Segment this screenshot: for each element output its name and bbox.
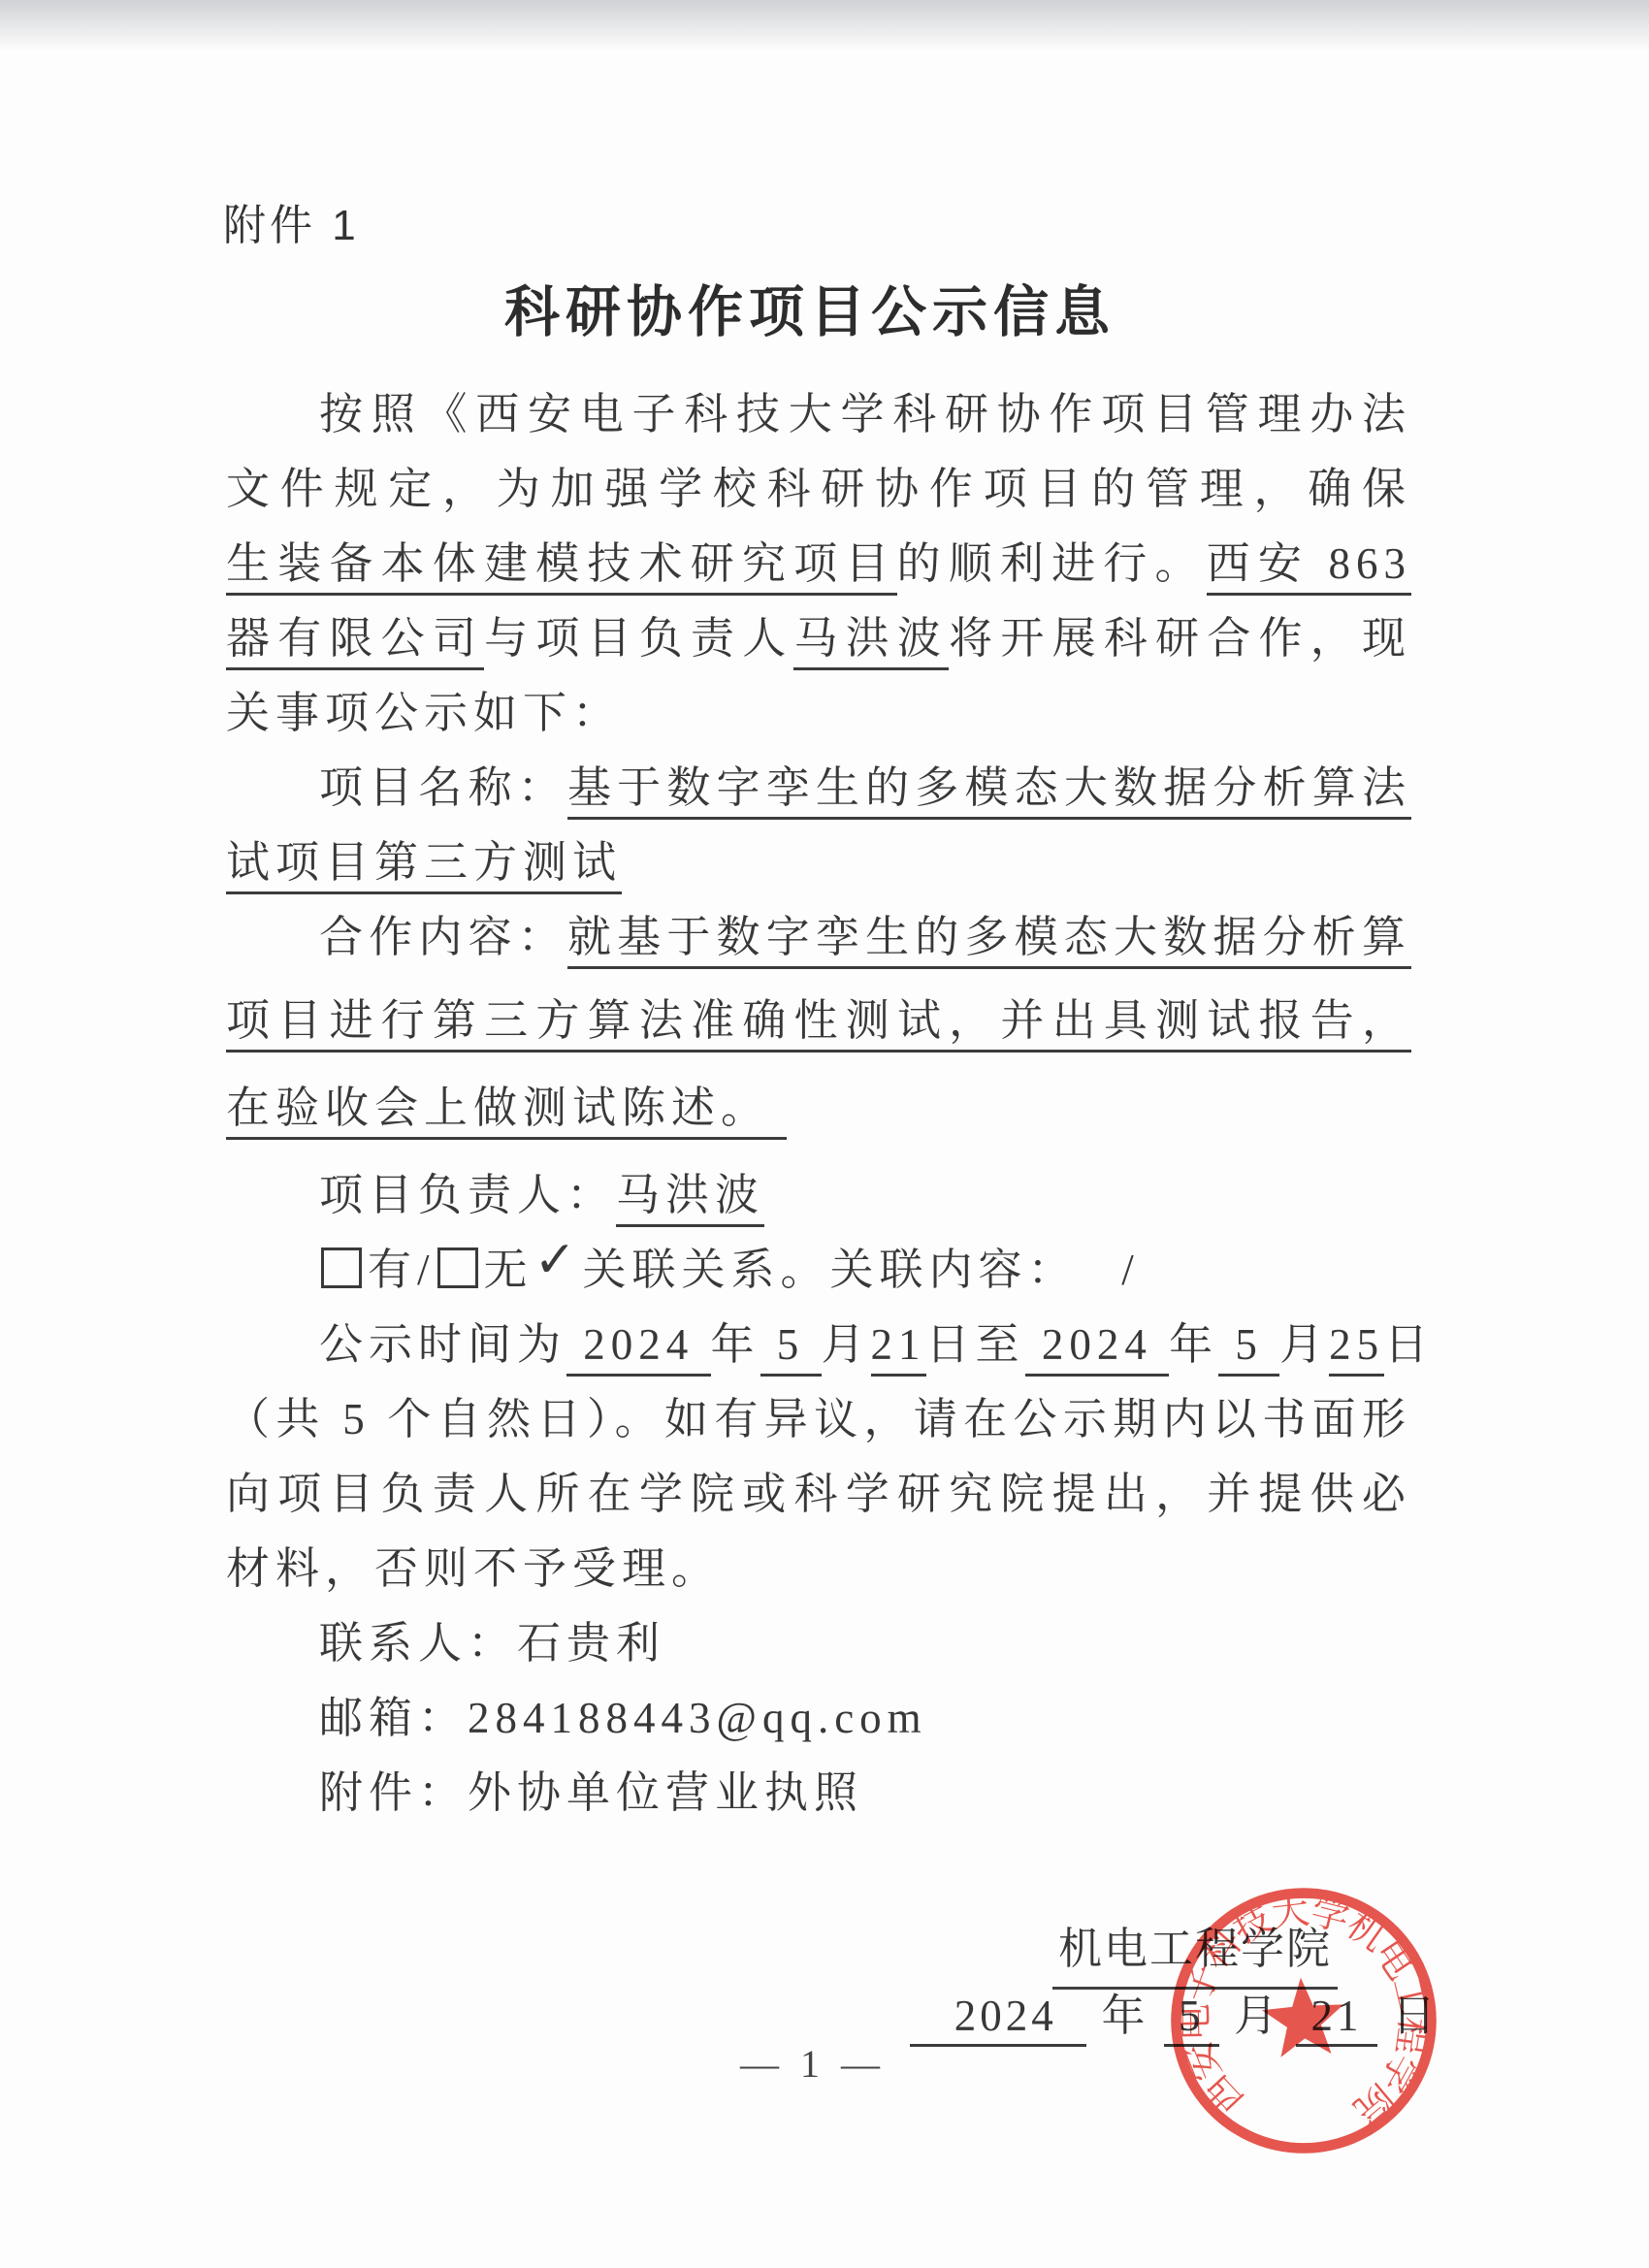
check-mark: ✓ — [441, 1235, 577, 1285]
text-segment: 在验收会上做测试陈述。 — [226, 1084, 787, 1140]
body-line: 试项目第三方测试 — [226, 826, 1411, 900]
body-line: 附件：外协单位营业执照 — [226, 1756, 1411, 1831]
text-segment: 25 — [1329, 1320, 1384, 1377]
text-segment: 年 — [1169, 1320, 1218, 1369]
official-seal-stamp: 西安电子科技大学机电工程学院 — [1149, 1866, 1459, 2176]
body-line: 在验收会上做测试陈述。 — [226, 1071, 1411, 1146]
text-segment: （共 5 个自然日）。如有异议，请在公示期内以书面形式实名 — [226, 1395, 1411, 1457]
body-line: 项目负责人：马洪波 — [226, 1158, 1411, 1233]
scan-edge-shadow — [0, 0, 1649, 60]
seal-star-icon — [1260, 1975, 1347, 2058]
document-body: 按照《西安电子科技大学科研协作项目管理办法（试行）》文件规定，为加强学校科研协作… — [226, 377, 1411, 1831]
text-segment: 的顺利进行。 — [897, 539, 1207, 588]
body-line: 项目进行第三方算法准确性测试，并出具测试报告，必要时会 — [226, 984, 1411, 1058]
text-segment: 试项目第三方测试 — [226, 838, 622, 894]
body-line: 合作内容：就基于数字孪生的多模态大数据分析算法精度 — [226, 900, 1411, 975]
body-line: 关事项公示如下： — [226, 676, 1411, 751]
body-line: 公示时间为 2024 年 5 月21日至 2024 年 5 月25日 — [226, 1308, 1411, 1382]
body-line: 联系人：石贵利 — [226, 1606, 1411, 1681]
text-segment: 附件：外协单位营业执照 — [319, 1768, 863, 1817]
text-segment: 向项目负责人所在学院或科学研究院提出，并提供必要的证明 — [226, 1470, 1411, 1532]
body-line: 有/✓无 关联关系。关联内容： / — [226, 1233, 1411, 1308]
checkbox-empty — [321, 1247, 362, 1288]
text-segment: 2024 — [910, 1992, 1086, 2047]
text-segment: 2024 — [1025, 1320, 1170, 1377]
body-line: （共 5 个自然日）。如有异议，请在公示期内以书面形式实名 — [226, 1382, 1411, 1457]
text-segment: 月 — [822, 1320, 871, 1369]
body-line: 邮箱：284188443@qq.com — [226, 1681, 1411, 1756]
text-segment: 项目名称： — [319, 763, 567, 812]
text-segment: 21 — [871, 1320, 926, 1377]
document-page: 附件 1 科研协作项目公示信息 按照《西安电子科技大学科研协作项目管理办法（试行… — [0, 0, 1649, 2268]
text-segment: 公示时间为 — [319, 1320, 566, 1369]
text-segment: 马洪波 — [616, 1171, 764, 1227]
text-segment: 无 关联关系。关联内容： / — [484, 1246, 1140, 1294]
body-line: 器有限公司与项目负责人马洪波将开展科研合作，现将合作相 — [226, 601, 1411, 676]
text-segment: 合作内容： — [319, 913, 567, 961]
text-segment: 年 — [711, 1320, 760, 1369]
text-segment: 有/ — [368, 1246, 436, 1294]
text-segment: 5 — [1218, 1320, 1279, 1377]
attachment-label: 附件 1 — [223, 190, 360, 252]
body-line: 项目名称：基于数字孪生的多模态大数据分析算法精度测 — [226, 751, 1411, 826]
text-segment: 文件规定，为加强学校科研协作项目的管理，确保 — [226, 465, 1411, 513]
body-line: 文件规定，为加强学校科研协作项目的管理，确保 XXX 数字孪 — [226, 452, 1411, 527]
text-segment: 关事项公示如下： — [226, 689, 622, 737]
text-segment: 材料，否则不予受理。 — [226, 1544, 721, 1593]
text-segment: 年 — [1086, 1992, 1164, 2040]
text-segment: 日 — [1384, 1320, 1434, 1369]
text-segment: 与项目负责人 — [484, 614, 793, 663]
text-segment: 邮箱：284188443@qq.com — [319, 1694, 927, 1742]
body-line: 向项目负责人所在学院或科学研究院提出，并提供必要的证明 — [226, 1457, 1411, 1532]
text-segment: 2024 — [566, 1320, 711, 1377]
text-segment: 器有限公司 — [226, 614, 484, 670]
body-line: 材料，否则不予受理。 — [226, 1532, 1411, 1606]
document-title: 科研协作项目公示信息 — [204, 268, 1416, 347]
body-line: 按照《西安电子科技大学科研协作项目管理办法（试行）》 — [226, 377, 1411, 452]
text-segment: 项目负责人： — [319, 1171, 616, 1219]
text-segment: 5 — [760, 1320, 822, 1377]
text-segment: 马洪波 — [793, 614, 949, 670]
checkbox-checked: ✓ — [437, 1247, 478, 1288]
text-segment: 项目进行第三方算法准确性测试，并出具测试报告，必要时会 — [226, 996, 1411, 1058]
text-segment: 按照《西安电子科技大学科研协作项目管理办法（试行）》 — [226, 390, 1411, 452]
page-number: — 1 — — [740, 2041, 886, 2087]
text-segment: 生装备本体建模技术研究项目 — [226, 539, 897, 596]
text-segment: 联系人：石贵利 — [319, 1619, 665, 1668]
body-line: 生装备本体建模技术研究项目的顺利进行。西安 863 软件孵化 — [226, 527, 1411, 601]
text-segment: 日至 — [926, 1320, 1025, 1369]
text-segment: 月 — [1279, 1320, 1329, 1369]
